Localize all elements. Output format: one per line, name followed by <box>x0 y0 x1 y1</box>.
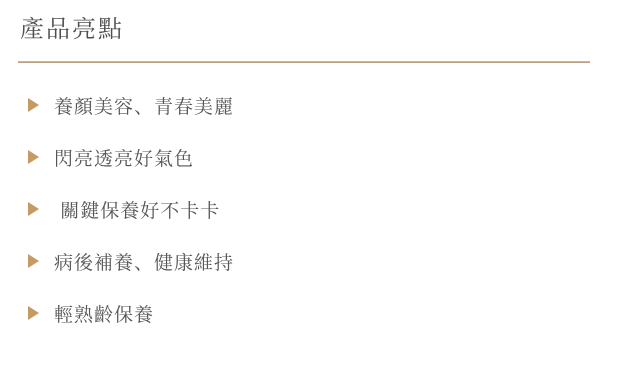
highlight-list: 養顏美容、青春美麗 閃亮透亮好氣色 關鍵保養好不卡卡 病後補養、健康維持 輕熟齡… <box>20 79 600 339</box>
triangle-right-icon <box>28 306 39 320</box>
list-item: 輕熟齡保養 <box>20 287 600 339</box>
list-item: 閃亮透亮好氣色 <box>20 131 600 183</box>
list-item: 養顏美容、青春美麗 <box>20 79 600 131</box>
highlight-label: 閃亮透亮好氣色 <box>54 144 194 171</box>
triangle-right-icon <box>28 98 39 112</box>
product-highlights-section: 產品亮點 養顏美容、青春美麗 閃亮透亮好氣色 關鍵保養好不卡卡 病後補養、健康維… <box>0 0 620 392</box>
triangle-right-icon <box>28 202 39 216</box>
list-item: 關鍵保養好不卡卡 <box>20 183 600 235</box>
highlight-label: 養顏美容、青春美麗 <box>54 92 234 119</box>
highlight-label: 關鍵保養好不卡卡 <box>54 196 220 223</box>
triangle-right-icon <box>28 254 39 268</box>
title-divider <box>18 61 590 63</box>
list-item: 病後補養、健康維持 <box>20 235 600 287</box>
highlight-label: 輕熟齡保養 <box>54 300 154 327</box>
triangle-right-icon <box>28 150 39 164</box>
highlight-label: 病後補養、健康維持 <box>54 248 234 275</box>
section-title: 產品亮點 <box>20 14 600 46</box>
